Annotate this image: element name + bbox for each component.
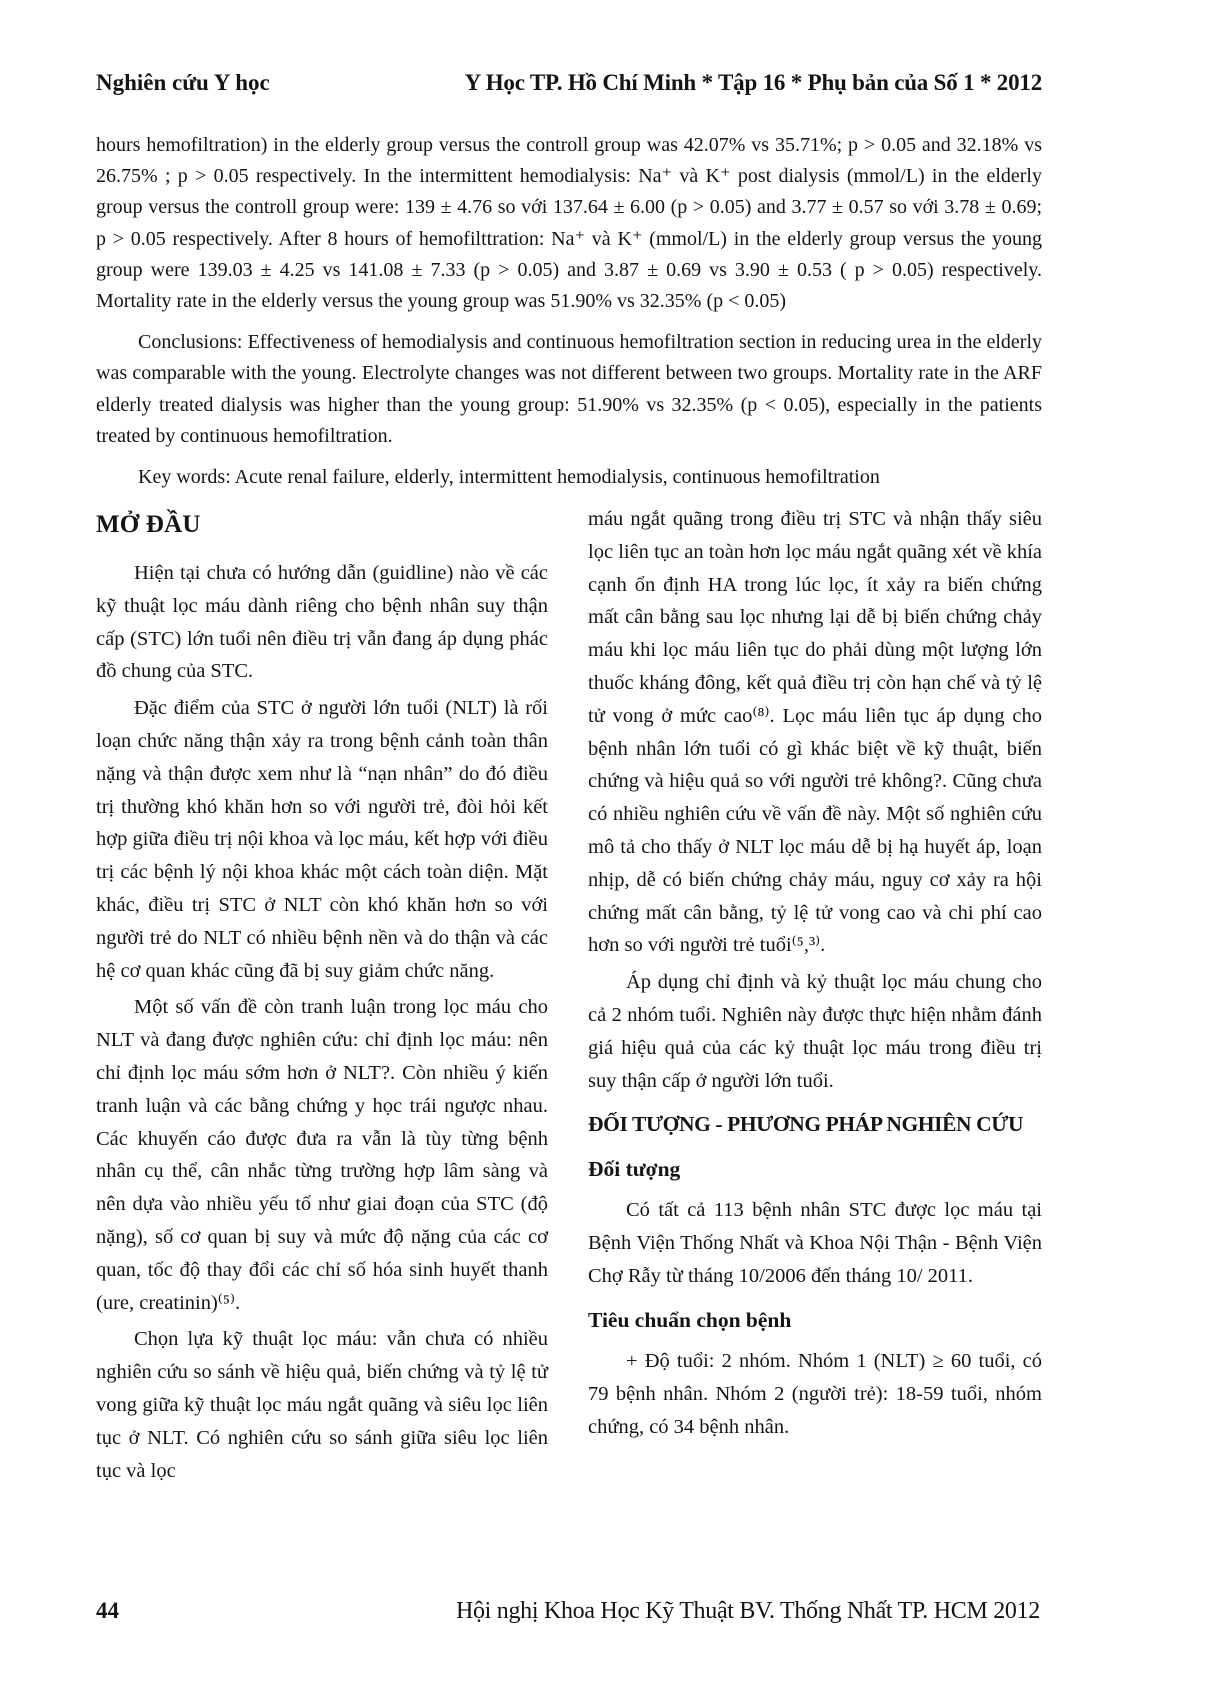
running-head: Nghiên cứu Y học Y Học TP. Hồ Chí Minh *…	[96, 70, 1042, 96]
intro-paragraph-5: Áp dụng chỉ định và kỷ thuật lọc máu chu…	[588, 966, 1042, 1097]
running-head-journal: Y Học TP. Hồ Chí Minh * Tập 16 * Phụ bản…	[465, 70, 1042, 96]
intro-paragraph-4-continuation: máu ngắt quãng trong điều trị STC và nhậ…	[588, 503, 1042, 962]
running-head-section: Nghiên cứu Y học	[96, 70, 270, 96]
criteria-subheading: Tiêu chuẩn chọn bệnh	[588, 1303, 1042, 1337]
right-column: máu ngắt quãng trong điều trị STC và nhậ…	[588, 503, 1042, 1491]
page-number: 44	[96, 1598, 119, 1624]
conference-line: Hội nghị Khoa Học Kỹ Thuật BV. Thống Nhấ…	[456, 1598, 1040, 1625]
intro-paragraph-1: Hiện tại chưa có hướng dẫn (guidline) nà…	[96, 557, 548, 688]
introduction-heading: MỞ ĐẦU	[96, 505, 548, 545]
abstract-continuation-paragraph: hours hemofiltration) in the elderly gro…	[96, 130, 1042, 317]
abstract-block: hours hemofiltration) in the elderly gro…	[96, 130, 1042, 493]
criteria-paragraph: + Độ tuổi: 2 nhóm. Nhóm 1 (NLT) ≥ 60 tuổ…	[588, 1345, 1042, 1443]
abstract-keywords-line: Key words: Acute renal failure, elderly,…	[96, 462, 1042, 493]
journal-page: Nghiên cứu Y học Y Học TP. Hồ Chí Minh *…	[0, 0, 1210, 1683]
methods-heading: ĐỐI TƯỢNG - PHƯƠNG PHÁP NGHIÊN CỨU	[588, 1107, 1042, 1141]
intro-paragraph-2: Đặc điểm của STC ở người lớn tuổi (NLT) …	[96, 692, 548, 987]
two-column-body: MỞ ĐẦU Hiện tại chưa có hướng dẫn (guidl…	[96, 503, 1042, 1491]
subjects-subheading: Đối tượng	[588, 1152, 1042, 1186]
subjects-paragraph: Có tất cả 113 bệnh nhân STC được lọc máu…	[588, 1194, 1042, 1292]
page-footer: 44 Hội nghị Khoa Học Kỹ Thuật BV. Thống …	[96, 1598, 1040, 1625]
abstract-conclusions-paragraph: Conclusions: Effectiveness of hemodialys…	[96, 327, 1042, 452]
left-column: MỞ ĐẦU Hiện tại chưa có hướng dẫn (guidl…	[96, 503, 548, 1491]
intro-paragraph-4: Chọn lựa kỹ thuật lọc máu: vẫn chưa có n…	[96, 1323, 548, 1487]
intro-paragraph-3: Một số vấn đề còn tranh luận trong lọc m…	[96, 991, 548, 1319]
